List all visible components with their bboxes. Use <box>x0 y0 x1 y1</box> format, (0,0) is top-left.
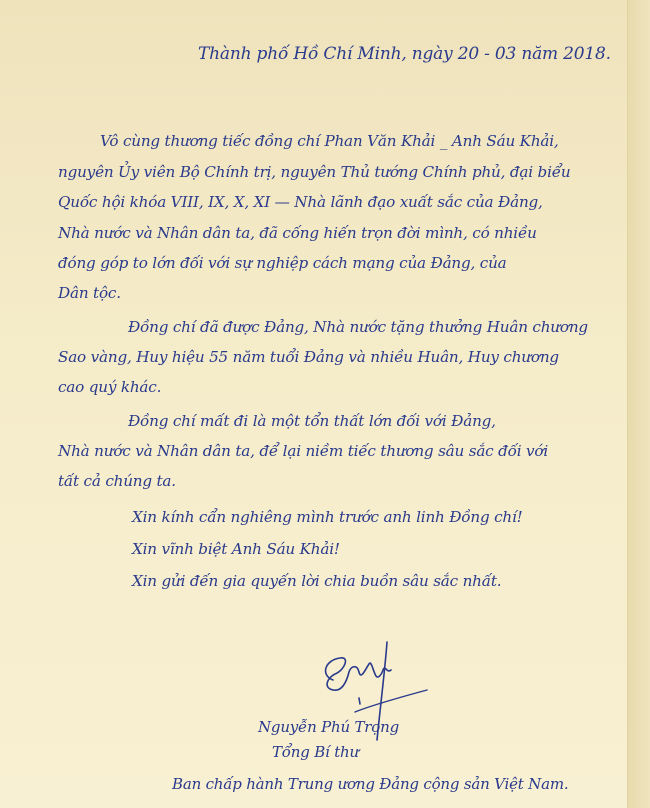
letter-line: Xin kính cẩn nghiêng mình trước anh linh… <box>132 508 523 526</box>
letter-line: Quốc hội khóa VIII, IX, X, XI — Nhà lãnh… <box>58 193 543 211</box>
letter-line: Dân tộc. <box>58 284 121 302</box>
letter-line: Nhà nước và Nhân dân ta, đã cống hiến tr… <box>58 224 537 242</box>
letter-line: cao quý khác. <box>58 378 161 396</box>
letter-line: Vô cùng thương tiếc đồng chí Phan Văn Kh… <box>100 132 559 150</box>
letter-line: Xin gửi đến gia quyến lời chia buồn sâu … <box>132 572 501 590</box>
signatory-title: Tổng Bí thư <box>272 743 359 761</box>
place-date: Thành phố Hồ Chí Minh, ngày 20 - 03 năm … <box>198 44 611 64</box>
signatory-organization: Ban chấp hành Trung ương Đảng cộng sản V… <box>172 775 568 793</box>
letter-line: Đồng chí mất đi là một tổn thất lớn đối … <box>128 412 496 430</box>
letter-line: đóng góp to lớn đối với sự nghiệp cách m… <box>58 254 507 272</box>
letter-line: Đồng chí đã được Đảng, Nhà nước tặng thư… <box>128 318 588 336</box>
letter-line: nguyên Ủy viên Bộ Chính trị, nguyên Thủ … <box>58 163 570 181</box>
letter-line: Nhà nước và Nhân dân ta, để lại niềm tiế… <box>58 442 548 460</box>
letter-line: Xin vĩnh biệt Anh Sáu Khải! <box>132 540 340 558</box>
signatory-name: Nguyễn Phú Trọng <box>258 718 399 736</box>
letter-line: tất cả chúng ta. <box>58 472 176 490</box>
page-edge <box>627 0 650 808</box>
letter-line: Sao vàng, Huy hiệu 55 năm tuổi Đảng và n… <box>58 348 559 366</box>
letter-page: Thành phố Hồ Chí Minh, ngày 20 - 03 năm … <box>0 0 650 808</box>
